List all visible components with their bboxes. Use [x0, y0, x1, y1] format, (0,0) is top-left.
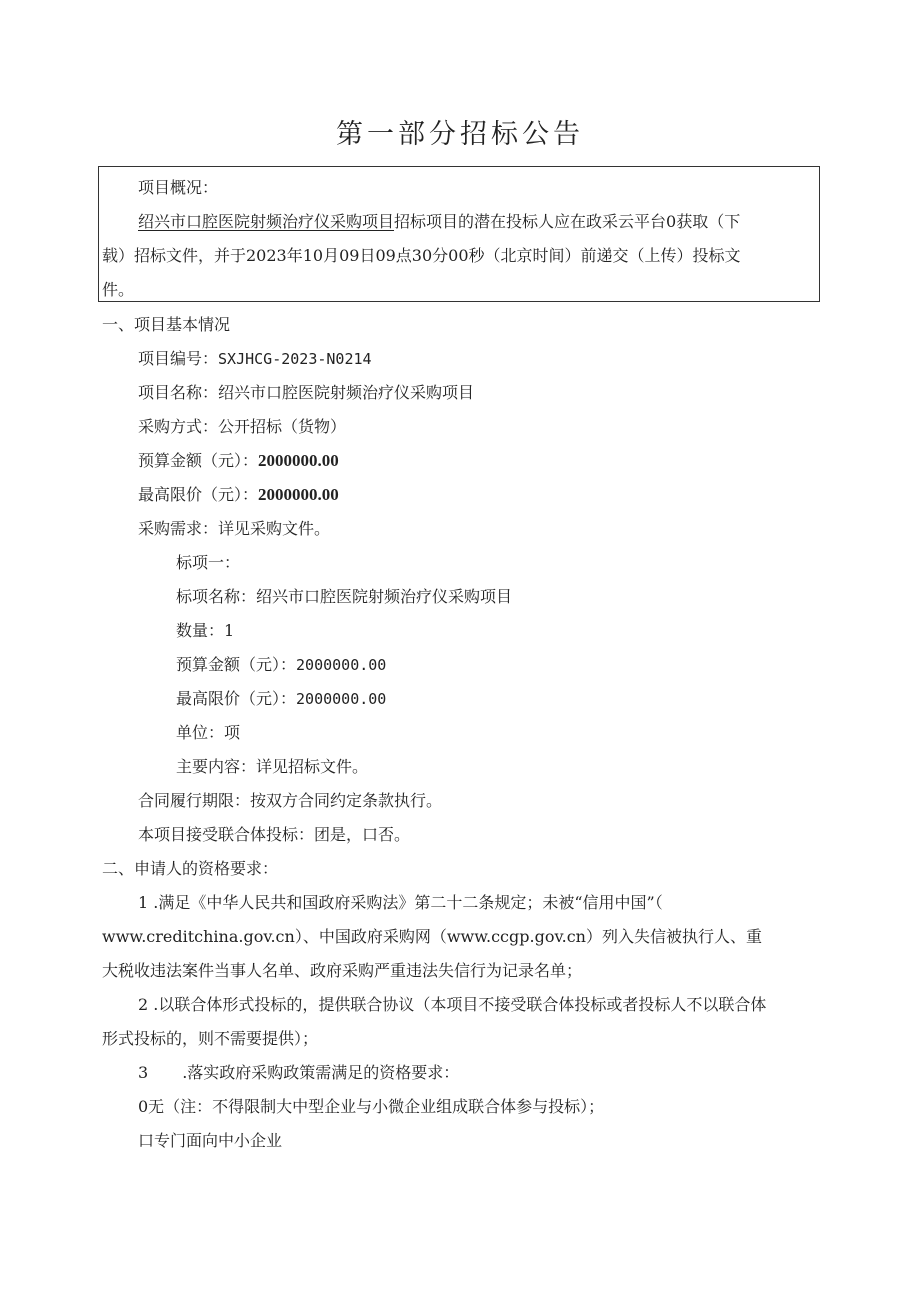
- procurement-method-value: 公开招标（货物）: [218, 417, 346, 436]
- lot-budget-row: 预算金额（元）：2000000.00: [176, 655, 386, 675]
- procurement-method-label: 采购方式：: [138, 417, 218, 436]
- max-price-label: 最高限价（元）：: [138, 485, 258, 504]
- item-3-number: 3: [138, 1063, 148, 1082]
- lot-content-row: 主要内容：详见招标文件。: [176, 757, 368, 777]
- requirement-row: 采购需求：详见采购文件。: [138, 519, 330, 539]
- consortium-value: 团是，口否。: [314, 825, 410, 844]
- lot-name-row: 标项名称：绍兴市口腔医院射频治疗仪采购项目: [176, 587, 512, 607]
- item-3-text: .落实政府采购政策需满足的资格要求：: [182, 1063, 459, 1082]
- requirement-value: 详见采购文件。: [218, 519, 330, 538]
- lot-name-label: 标项名称：: [176, 587, 256, 606]
- policy-option-none[interactable]: 0无（注：不得限制大中型企业与小微企业组成联合体参与投标）；: [138, 1097, 604, 1117]
- lot-quantity-row: 数量：1: [176, 621, 234, 641]
- qualification-item-2-line-1: 2 .以联合体形式投标的，提供联合协议（本项目不接受联合体投标或者投标人不以联合…: [138, 995, 766, 1015]
- budget-row: 预算金额（元）：2000000.00: [138, 451, 339, 471]
- project-name-label: 项目名称：: [138, 383, 218, 402]
- project-number-label: 项目编号：: [138, 349, 218, 368]
- overview-line-1-text: 招标项目的潜在投标人应在政采云平台0获取（下: [394, 212, 740, 231]
- lot-name-value: 绍兴市口腔医院射频治疗仪采购项目: [256, 587, 512, 606]
- qualification-item-1-line-3: 大税收违法案件当事人名单、政府采购严重违法失信行为记录名单；: [102, 961, 582, 981]
- policy-option-sme[interactable]: 口专门面向中小企业: [138, 1131, 282, 1151]
- overview-heading: 项目概况：: [138, 178, 218, 198]
- qualification-item-3: 3.落实政府采购政策需满足的资格要求：: [138, 1063, 459, 1083]
- max-price-row: 最高限价（元）：2000000.00: [138, 485, 339, 505]
- page-title: 第一部分招标公告: [0, 112, 920, 151]
- budget-value: 2000000.00: [258, 451, 339, 470]
- overview-line-2: 载）招标文件，并于2023年10月09日09点30分00秒（北京时间）前递交（上…: [102, 246, 741, 266]
- contract-period-value: 按双方合同约定条款执行。: [250, 791, 442, 810]
- lot-budget-label: 预算金额（元）：: [176, 655, 296, 674]
- lot-quantity-value: 1: [224, 621, 234, 640]
- project-number-value: SXJHCG-2023-N0214: [218, 350, 372, 368]
- project-name-row: 项目名称：绍兴市口腔医院射频治疗仪采购项目: [138, 383, 474, 403]
- requirement-label: 采购需求：: [138, 519, 218, 538]
- lot-max-price-row: 最高限价（元）：2000000.00: [176, 689, 386, 709]
- contract-period-row: 合同履行期限：按双方合同约定条款执行。: [138, 791, 442, 811]
- qualification-item-1-line-2: www.creditchina.gov.cn）、中国政府采购网（www.ccgp…: [102, 927, 762, 947]
- project-name-value: 绍兴市口腔医院射频治疗仪采购项目: [218, 383, 474, 402]
- section2-heading: 二、申请人的资格要求：: [102, 859, 278, 879]
- lot-unit-row: 单位：项: [176, 723, 240, 743]
- lot-heading: 标项一：: [176, 553, 240, 573]
- lot-max-price-label: 最高限价（元）：: [176, 689, 296, 708]
- overview-line-1: 绍兴市口腔医院射频治疗仪采购项目招标项目的潜在投标人应在政采云平台0获取（下: [138, 212, 812, 232]
- lot-quantity-label: 数量：: [176, 621, 224, 640]
- consortium-label: 本项目接受联合体投标：: [138, 825, 314, 844]
- consortium-row: 本项目接受联合体投标：团是，口否。: [138, 825, 410, 845]
- project-number-row: 项目编号：SXJHCG-2023-N0214: [138, 349, 372, 369]
- contract-period-label: 合同履行期限：: [138, 791, 250, 810]
- lot-budget-value: 2000000.00: [296, 656, 386, 674]
- lot-unit-label: 单位：: [176, 723, 224, 742]
- project-name-link[interactable]: 绍兴市口腔医院射频治疗仪采购项目: [138, 212, 394, 231]
- lot-content-label: 主要内容：: [176, 757, 256, 776]
- section1-heading: 一、项目基本情况: [102, 315, 230, 335]
- lot-unit-value: 项: [224, 723, 240, 742]
- max-price-value: 2000000.00: [258, 485, 339, 504]
- overview-line-3: 件。: [102, 280, 134, 300]
- qualification-item-2-line-2: 形式投标的，则不需要提供）；: [102, 1029, 318, 1049]
- budget-label: 预算金额（元）：: [138, 451, 258, 470]
- lot-max-price-value: 2000000.00: [296, 690, 386, 708]
- lot-content-value: 详见招标文件。: [256, 757, 368, 776]
- qualification-item-1-line-1: 1 .满足《中华人民共和国政府采购法》第二十二条规定；未被“信用中国”（: [138, 893, 663, 913]
- procurement-method-row: 采购方式：公开招标（货物）: [138, 417, 346, 437]
